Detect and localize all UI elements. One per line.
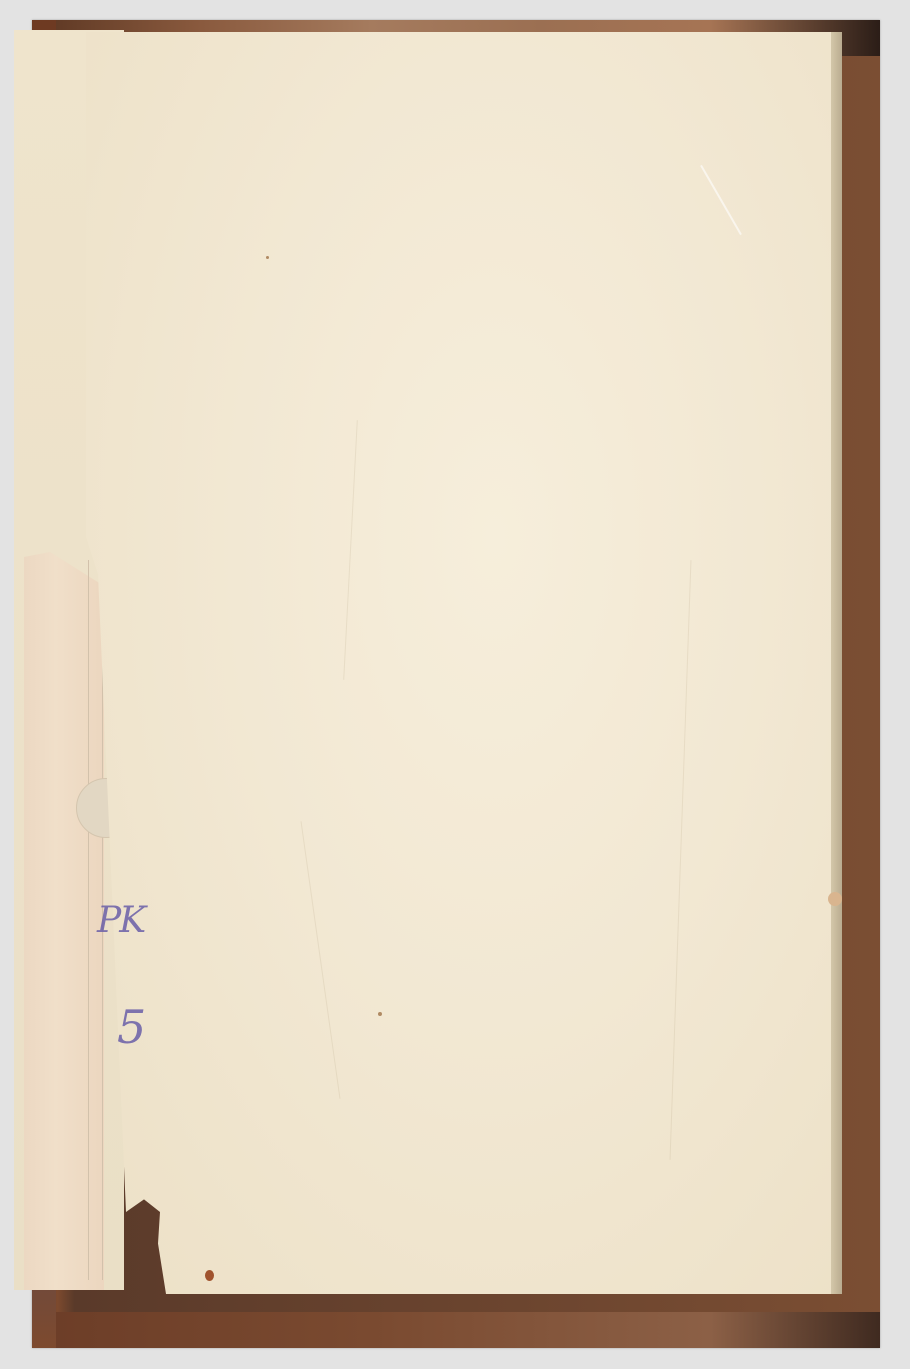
handwritten-note-number: 5 [117,1000,146,1054]
blank-page [86,32,831,1294]
cover-bottom-edge [32,1312,880,1348]
library-card-pocket [24,552,104,1290]
stain-spot [828,892,842,906]
stain-spot [266,256,269,259]
stain-spot [205,1270,214,1281]
pocket-fold-line [88,560,89,1280]
stain-spot [378,1012,382,1016]
handwritten-note-pk: PK [97,900,144,941]
